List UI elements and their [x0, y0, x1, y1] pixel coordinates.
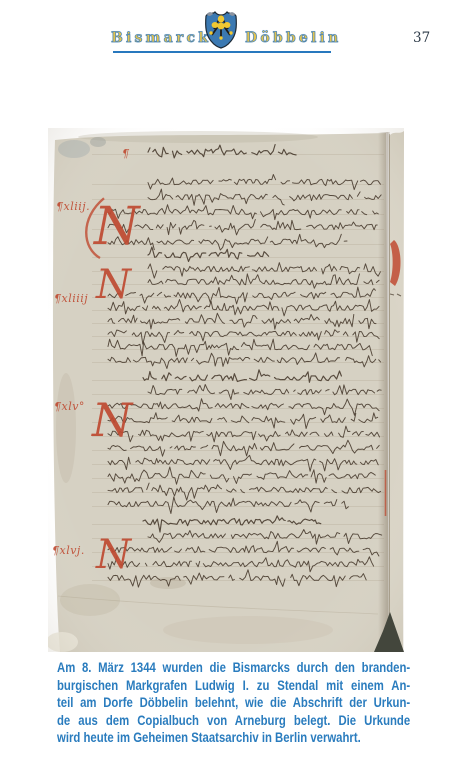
capitulum-mark: ¶	[122, 147, 130, 160]
rubric-initial: N	[95, 262, 133, 308]
header-rule	[113, 51, 331, 53]
page-number: 37	[413, 30, 430, 46]
book-page: Bismarck Döbbelin 37	[0, 0, 472, 767]
marginal-chapter-number: ¶xlv°	[54, 400, 85, 413]
rubric-initial: N	[95, 532, 133, 578]
marginal-chapter-number: ¶xliiij	[54, 292, 88, 305]
caption-line: wird heute im Geheimen Staatsarchiv in B…	[57, 729, 410, 747]
manuscript-photo: ¶NNNN¶xliij.¶xliiij¶xlv°¶xlvj.	[48, 128, 404, 652]
caption-line: burgischen Markgrafen Ludwig I. zu Stend…	[57, 677, 410, 695]
header-word-bismarck: Bismarck	[111, 30, 211, 46]
marginal-chapter-number: ¶xliij.	[56, 200, 90, 213]
rubric-initial: N	[91, 393, 134, 447]
header-word-doebbelin: Döbbelin	[245, 30, 341, 46]
caption-line: de aus dem Copialbuch von Arneburg beleg…	[57, 712, 410, 730]
caption-line: Am 8. März 1344 wurden die Bismarcks dur…	[57, 659, 410, 677]
caption-line: teil am Dorfe Döbbelin belehnt, wie die …	[57, 694, 410, 712]
marginal-chapter-number: ¶xlvj.	[52, 544, 85, 557]
caption: Am 8. März 1344 wurden die Bismarcks dur…	[57, 659, 410, 747]
rubric-initial: N	[92, 197, 141, 257]
bismarck-crest-icon	[203, 9, 239, 49]
